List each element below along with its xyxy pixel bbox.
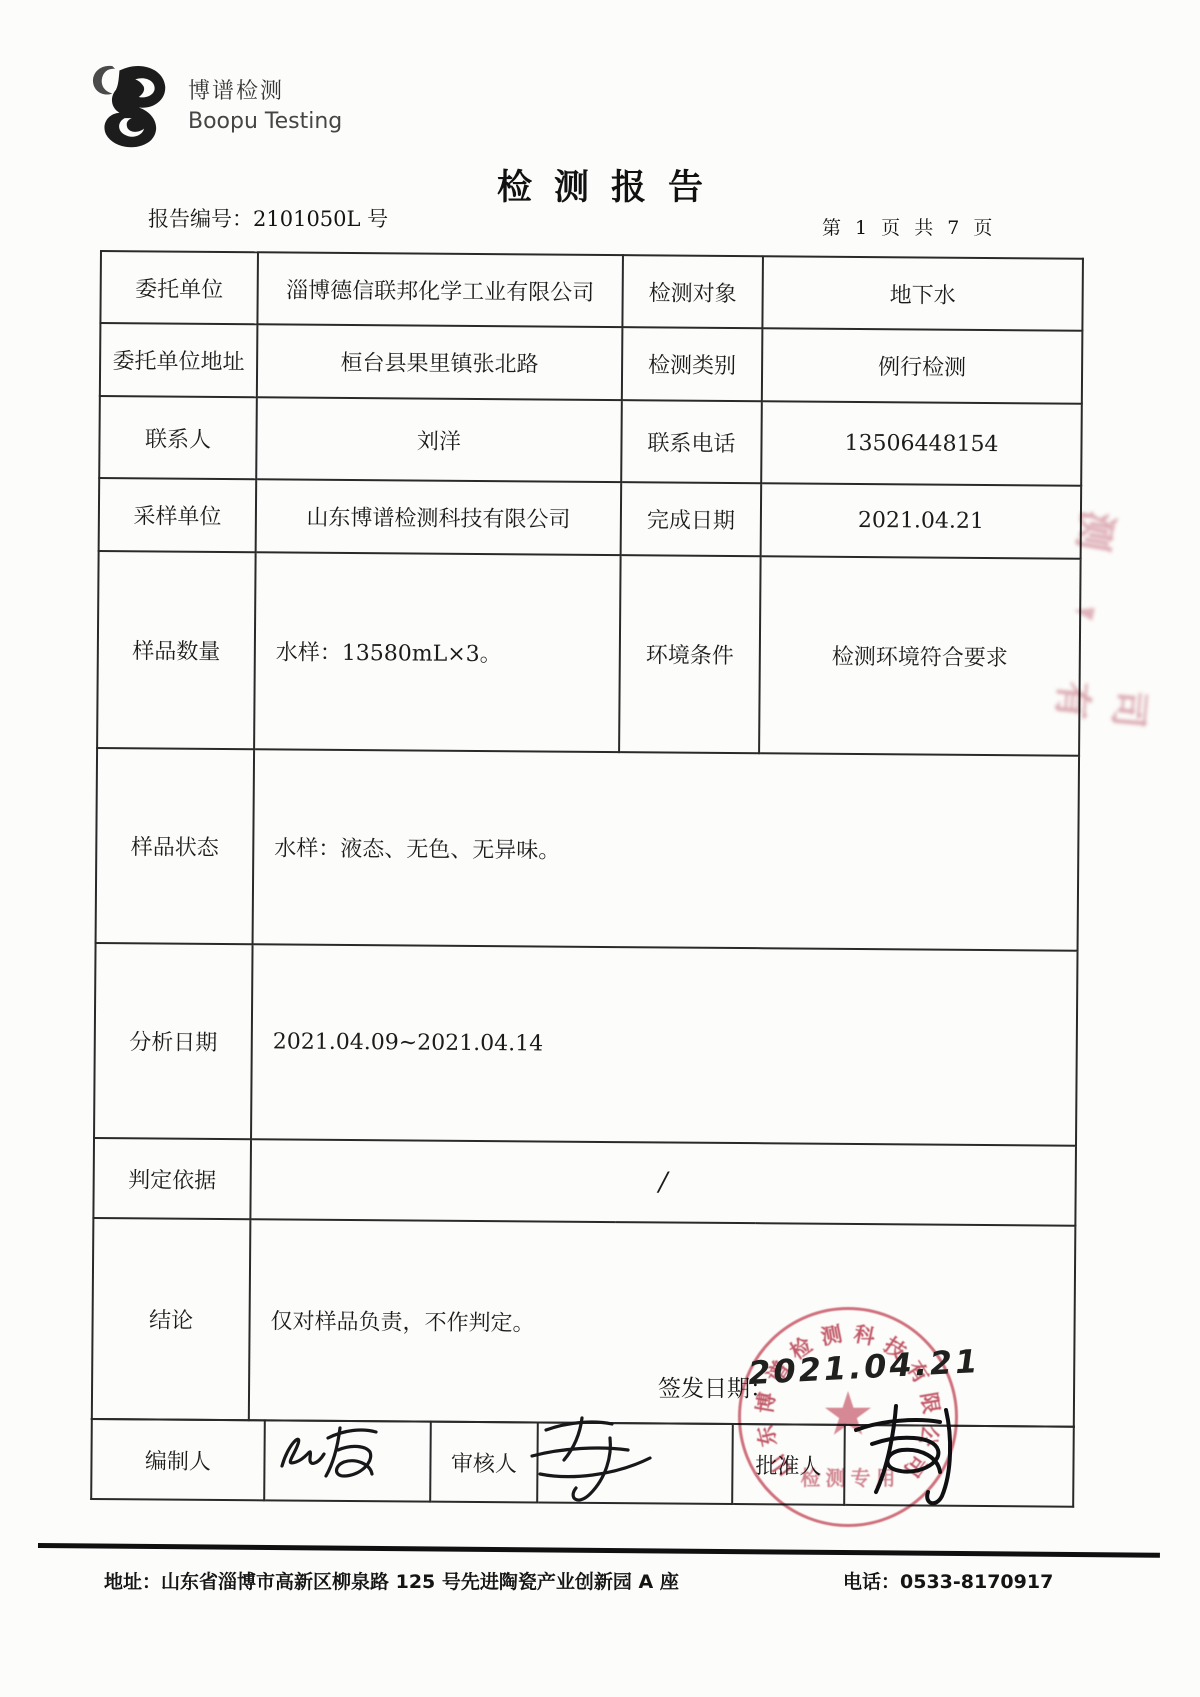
field-label-cell: 环境条件 <box>619 555 761 753</box>
footer-phone: 电话：0533-8170917 <box>843 1567 1053 1594</box>
field-value-cell: 淄博德信联邦化学工业有限公司 <box>257 252 623 327</box>
field-value-cell: 刘洋 <box>256 397 622 482</box>
field-label-cell: 委托单位 <box>100 251 258 324</box>
table-row: 分析日期 2021.04.09~2021.04.14 <box>94 943 1078 1146</box>
seal-arc-char: 博 <box>750 1388 780 1418</box>
footer-address: 地址：山东省淄博市高新区柳泉路 125 号先进陶瓷产业创新园 A 座 <box>104 1567 679 1594</box>
brand-name: 博谱检测 Boopu Testing <box>188 74 342 134</box>
field-value-cell: 水样：13580mL×3。 <box>254 552 621 752</box>
field-label-cell: 委托单位地址 <box>100 323 258 397</box>
field-value-cell: 13506448154 <box>761 401 1082 486</box>
page-indicator: 第 1 页 共 7 页 <box>822 213 996 240</box>
brand-name-cn: 博谱检测 <box>188 74 342 105</box>
field-value-cell: 地下水 <box>762 256 1083 331</box>
table-row: 样品状态 水样：液态、无色、无异味。 <box>96 748 1080 951</box>
report-number-value: 2101050L 号 <box>253 207 388 231</box>
field-label-cell: 结论 <box>92 1218 251 1420</box>
seal-arc-char: 东 <box>751 1420 782 1451</box>
field-value-cell: / <box>250 1139 1076 1225</box>
boopu-logo-icon <box>84 60 176 148</box>
reviewer-signature <box>510 1412 670 1517</box>
field-label-cell: 联系人 <box>99 396 257 479</box>
field-label-cell: 检测类别 <box>622 327 763 401</box>
table-wrapper: 委托单位 淄博德信联邦化学工业有限公司 检测对象 地下水 委托单位地址 桓台县果… <box>90 250 1084 1508</box>
table-row: 委托单位 淄博德信联邦化学工业有限公司 检测对象 地下水 <box>100 251 1083 331</box>
approver-signature <box>838 1396 988 1514</box>
report-info-table: 委托单位 淄博德信联邦化学工业有限公司 检测对象 地下水 委托单位地址 桓台县果… <box>91 250 1084 1428</box>
footer-divider <box>38 1543 1160 1558</box>
seal-arc-char: 测 <box>816 1319 847 1350</box>
field-value-cell: 桓台县果里镇张北路 <box>257 324 623 400</box>
field-value-cell: 2021.04.21 <box>761 483 1082 559</box>
table-row: 委托单位地址 桓台县果里镇张北路 检测类别 例行检测 <box>100 323 1083 404</box>
report-number: 报告编号：2101050L 号 <box>148 203 388 233</box>
field-label-cell: 编制人 <box>91 1419 265 1500</box>
report-number-label: 报告编号： <box>148 207 253 231</box>
table-row: 样品数量 水样：13580mL×3。 环境条件 检测环境符合要求 <box>97 551 1081 756</box>
table-row: 采样单位 山东博谱检测科技有限公司 完成日期 2021.04.21 <box>99 478 1082 559</box>
field-value-cell: 山东博谱检测科技有限公司 <box>256 479 622 555</box>
brand-header: 博谱检测 Boopu Testing <box>84 60 342 148</box>
field-label-cell: 采样单位 <box>99 478 257 552</box>
brand-name-en: Boopu Testing <box>188 109 342 134</box>
field-label-cell: 联系电话 <box>621 400 762 483</box>
field-value-cell: 例行检测 <box>762 328 1083 404</box>
field-label-cell: 检测对象 <box>622 255 763 328</box>
field-label-cell: 样品数量 <box>97 551 256 749</box>
field-value-cell: 水样：液态、无色、无异味。 <box>253 749 1080 950</box>
field-label-cell: 判定依据 <box>93 1138 251 1219</box>
report-page: 博谱检测 Boopu Testing 检测报告 报告编号：2101050L 号 … <box>0 0 1200 1697</box>
table-row: 判定依据 / <box>93 1138 1076 1226</box>
field-label-cell: 样品状态 <box>96 748 255 944</box>
maker-signature <box>268 1414 398 1494</box>
field-value-cell: 2021.04.09~2021.04.14 <box>251 944 1078 1145</box>
field-label-cell: 完成日期 <box>621 482 762 556</box>
table-row: 联系人 刘洋 联系电话 13506448154 <box>99 396 1082 486</box>
seal-arc-char: 科 <box>849 1319 880 1350</box>
field-label-cell: 分析日期 <box>94 943 253 1139</box>
field-value-cell: 检测环境符合要求 <box>759 556 1081 756</box>
